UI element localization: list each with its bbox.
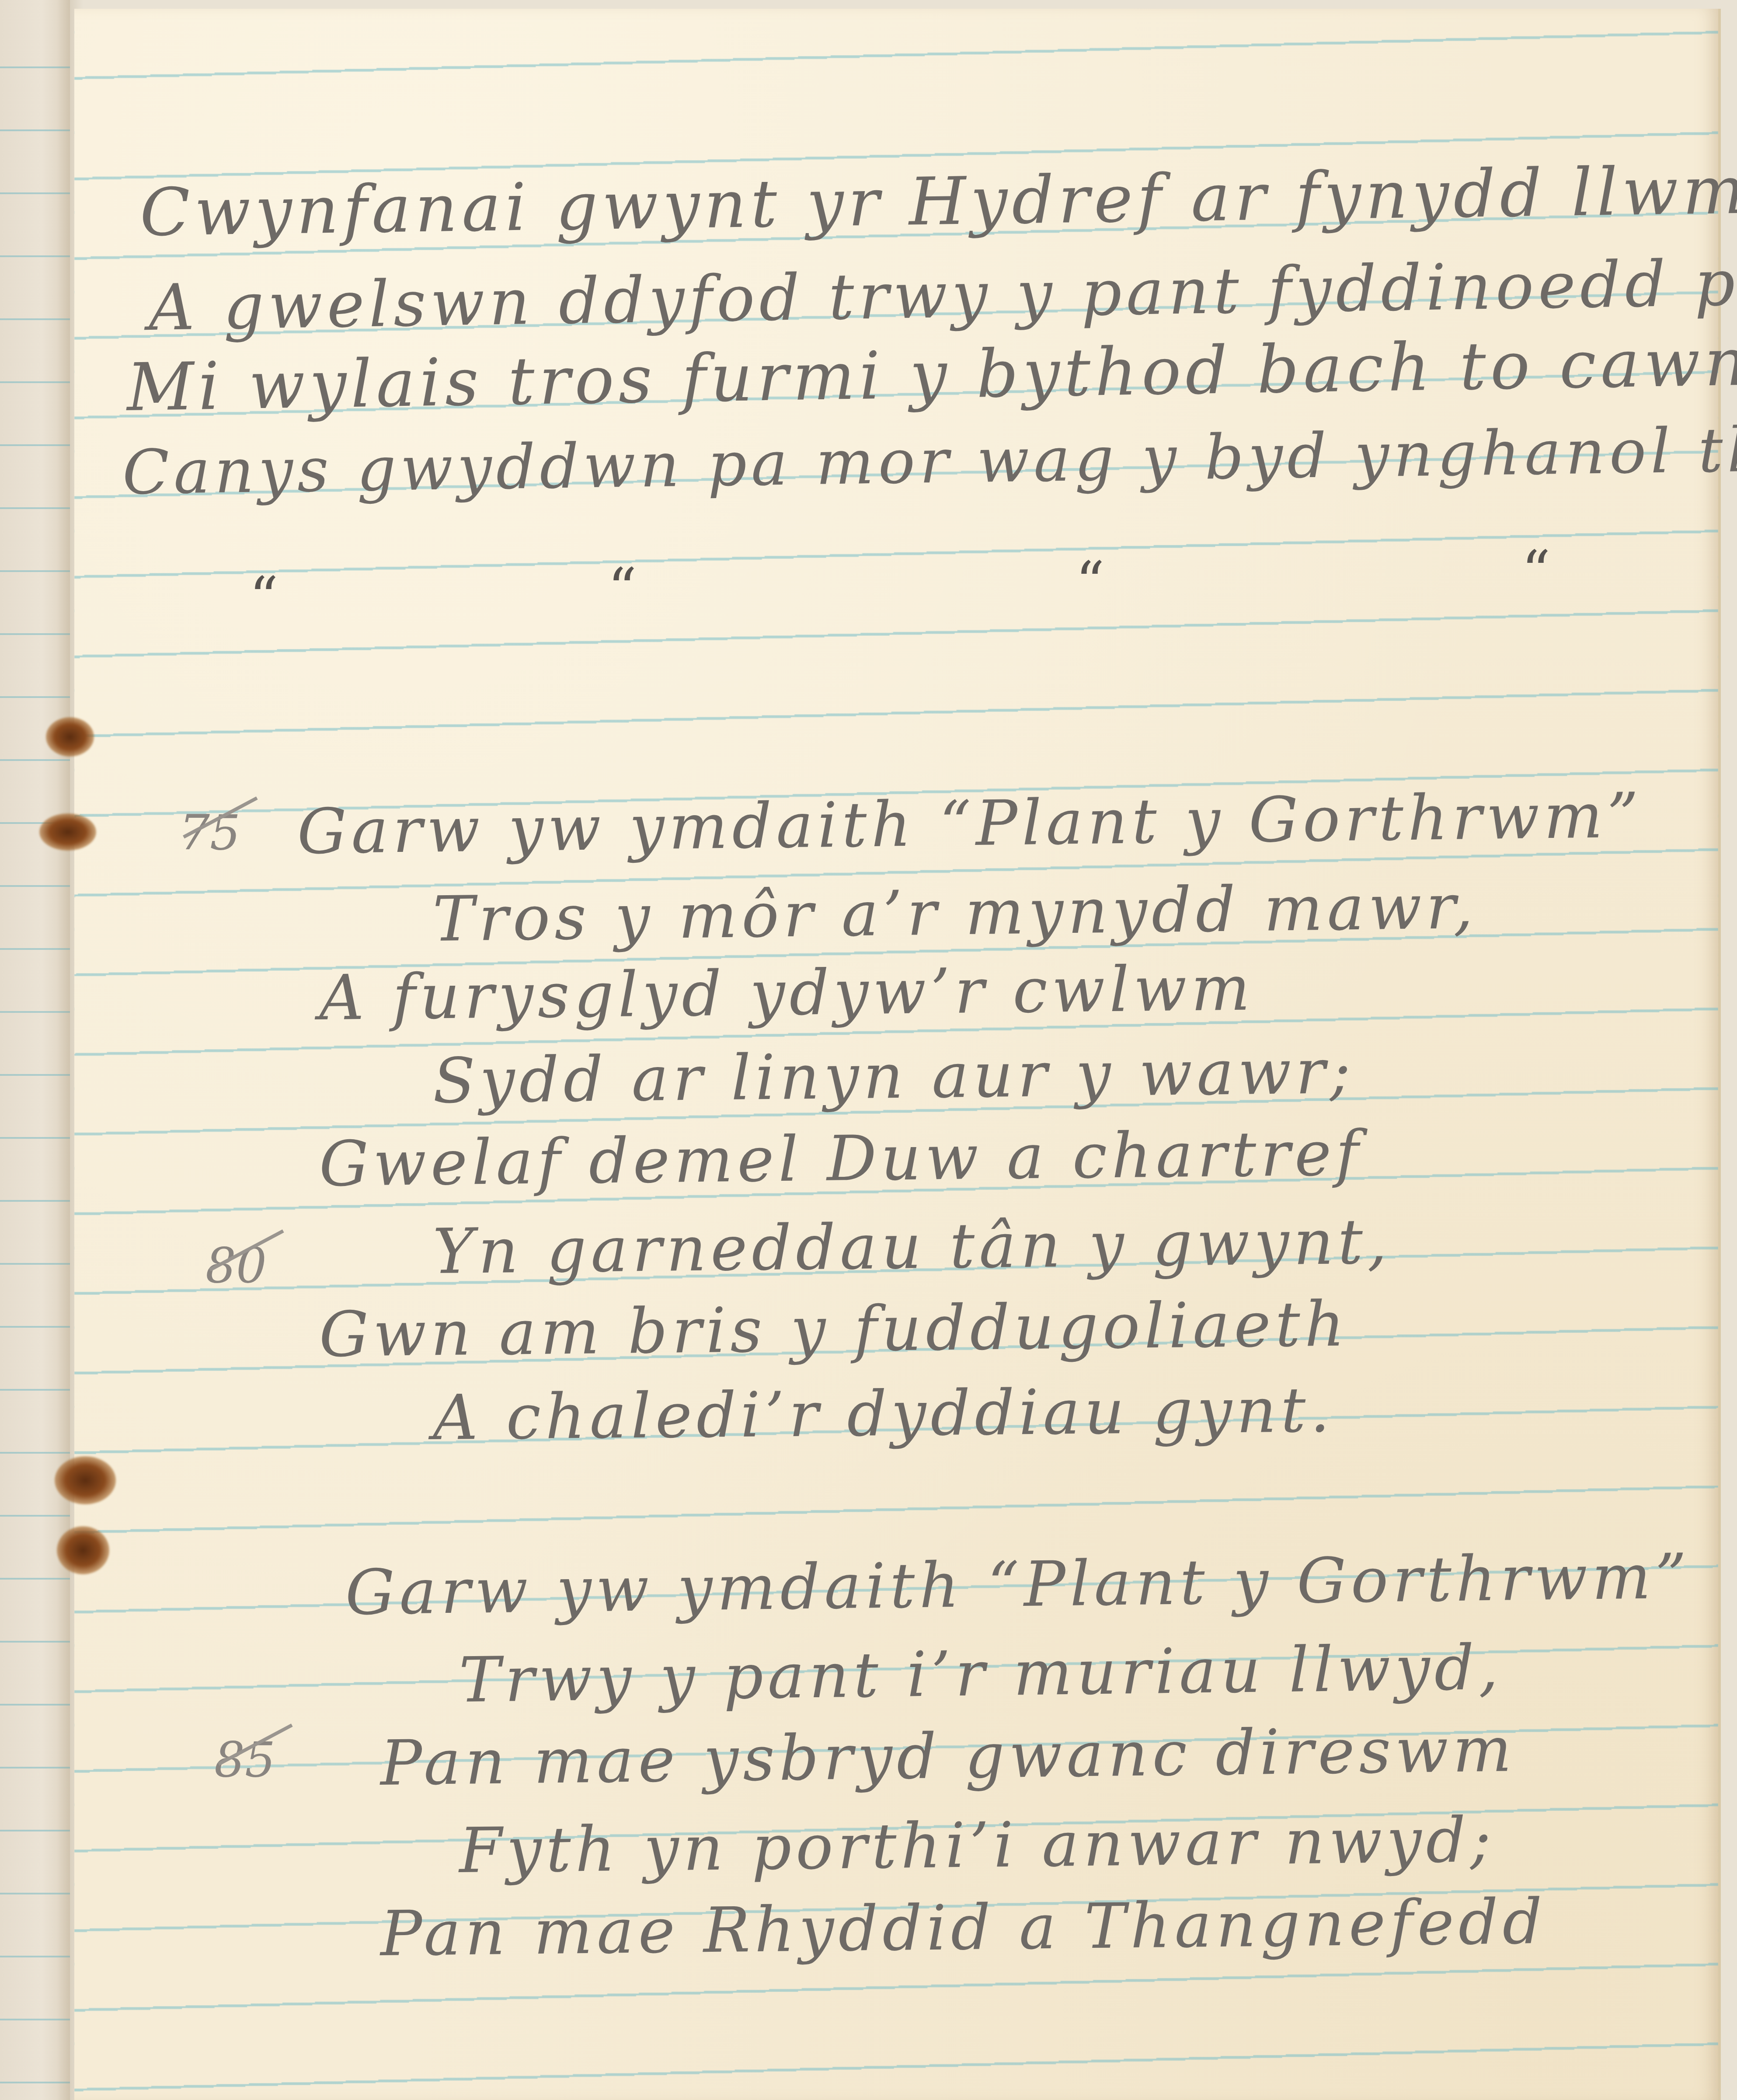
manuscript-content: Cwynfanai gwynt yr Hydref ar fynydd llwm… [74,9,1718,2100]
verse-line: Canys gwyddwn pa mor wag y byd ynghanol … [122,410,1737,509]
verse-line: Tros y môr a’r mynydd mawr, [432,871,1478,956]
verse-line: Pan mae ysbryd gwanc direswm [380,1713,1516,1800]
verse-line: Garw yw ymdaith “Plant y Gorthrwm” [345,1540,1692,1629]
verse-line: Fyth yn porthi’i anwar nwyd; [459,1804,1496,1887]
line-number-85: 85 [214,1732,275,1788]
line-number-75: 75 [179,805,240,861]
ditto-mark: “ [608,555,637,622]
verse-line: Gwelaf demel Duw a chartref [319,1117,1363,1200]
verse-line: Cwynfanai gwynt yr Hydref ar fynydd llwm… [139,149,1737,251]
ditto-mark: “ [1076,549,1104,615]
verse-line: Yn garneddau tân y gwynt, [432,1206,1392,1288]
verse-line: Sydd ar linyn aur y wawr; [432,1036,1355,1117]
ditto-mark: “ [249,564,278,631]
verse-line: A furysglyd ydyw’r cwlwm [319,952,1255,1034]
verse-line: Trwy y pant i’r muriau llwyd, [459,1632,1503,1716]
verse-line: A chaledi’r dyddiau gynt. [432,1374,1334,1454]
verse-line: Gwn am bris y fuddugoliaeth [319,1288,1349,1371]
verse-line: Garw yw ymdaith “Plant y Gorthrwm” [297,779,1643,868]
line-number-80: 80 [205,1238,267,1294]
verse-line: Pan mae Rhyddid a Thangnefedd [380,1886,1547,1970]
ditto-mark: “ [1521,538,1550,604]
